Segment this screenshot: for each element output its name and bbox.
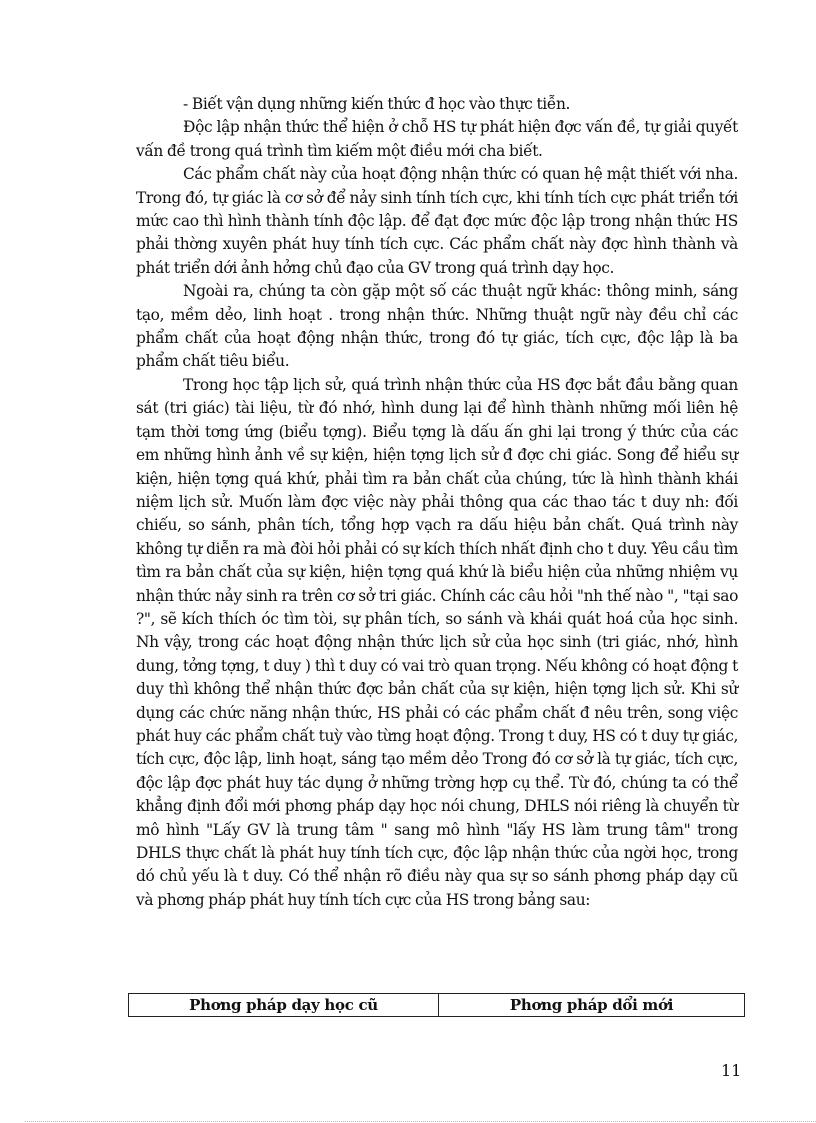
table-header-old-method: Phơng pháp dạy học cũ <box>129 994 439 1016</box>
paragraph-3: Các phẩm chất này của hoạt động nhận thứ… <box>136 163 738 280</box>
table-header-new-method: Phơng pháp dổi mới <box>439 994 744 1016</box>
page-bottom-divider <box>25 1121 816 1122</box>
paragraph-5: Trong học tập lịch sử, quá trình nhận th… <box>136 374 738 912</box>
document-body: - Biết vận dụng những kiến thức đ học và… <box>136 93 738 912</box>
paragraph-1: - Biết vận dụng những kiến thức đ học và… <box>136 93 738 116</box>
paragraph-2: Độc lập nhận thức thể hiện ở chỗ HS tự p… <box>136 116 738 163</box>
paragraph-4: Ngoài ra, chúng ta còn gặp một số các th… <box>136 280 738 374</box>
comparison-table-header: Phơng pháp dạy học cũ Phơng pháp dổi mới <box>128 993 745 1017</box>
page-number: 11 <box>721 1061 741 1080</box>
